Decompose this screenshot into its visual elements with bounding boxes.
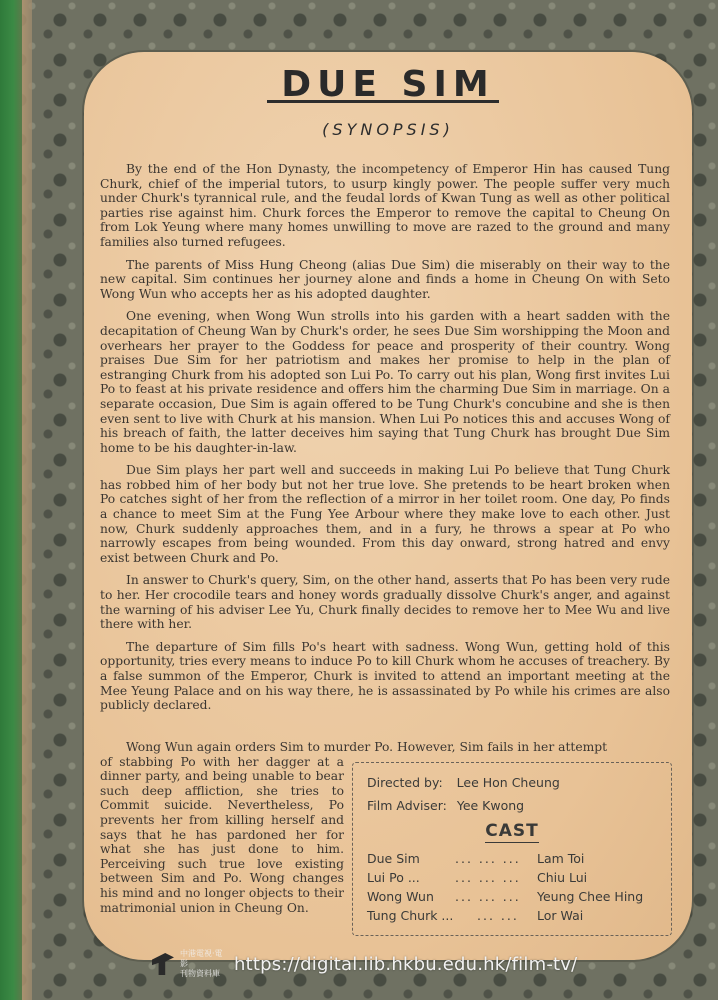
cast-role: Due Sim <box>367 851 420 866</box>
cast-heading: CAST <box>353 821 671 841</box>
synopsis-paragraph: By the end of the Hon Dynasty, the incom… <box>100 162 670 250</box>
film-adviser-label: Film Adviser: <box>367 798 447 813</box>
synopsis-body: By the end of the Hon Dynasty, the incom… <box>100 162 670 721</box>
cast-role: Lui Po ... <box>367 870 420 885</box>
cast-actor: Lam Toi <box>537 851 584 866</box>
credits-box: Directed by: Lee Hon Cheung Film Adviser… <box>352 762 672 936</box>
cast-leader-dots: ... ... ... <box>455 889 521 904</box>
director-name: Lee Hon Cheung <box>457 775 560 790</box>
director-label: Directed by: <box>367 775 443 790</box>
archive-url[interactable]: https://digital.lib.hkbu.edu.hk/film-tv/ <box>234 954 577 975</box>
cast-leader-dots: ... ... ... <box>455 870 521 885</box>
cast-row: Lui Po ... ... ... ... Chiu Lui <box>367 870 667 888</box>
spine-edge <box>22 0 32 1000</box>
film-adviser-line: Film Adviser: Yee Kwong <box>367 798 524 813</box>
page-subtitle: (SYNOPSIS) <box>84 120 692 139</box>
cast-leader-dots: ... ... <box>477 908 519 923</box>
synopsis-paragraph: The parents of Miss Hung Cheong (alias D… <box>100 258 670 302</box>
director-line: Directed by: Lee Hon Cheung <box>367 775 560 790</box>
synopsis-paragraph: In answer to Churk's query, Sim, on the … <box>100 573 670 631</box>
synopsis-paragraph: Due Sim plays her part well and succeeds… <box>100 463 670 565</box>
page-title: DUE SIM <box>84 64 692 105</box>
cast-actor: Chiu Lui <box>537 870 587 885</box>
cast-leader-dots: ... ... ... <box>455 851 521 866</box>
title-underline <box>267 100 499 103</box>
final-paragraph-rest: of stabbing Po with her dagger at a dinn… <box>100 755 344 916</box>
synopsis-page: DUE SIM (SYNOPSIS) By the end of the Hon… <box>84 52 692 960</box>
cast-row: Wong Wun ... ... ... Yeung Chee Hing <box>367 889 667 907</box>
archive-logo-icon <box>152 953 174 975</box>
synopsis-paragraph: The departure of Sim fills Po's heart wi… <box>100 640 670 713</box>
book-spine <box>0 0 22 1000</box>
archive-watermark: 中港電視·電影 刊物資料庫 https://digital.lib.hkbu.e… <box>152 950 577 978</box>
cast-row: Due Sim ... ... ... Lam Toi <box>367 851 667 869</box>
cast-actor: Yeung Chee Hing <box>537 889 643 904</box>
archive-org-name: 中港電視·電影 刊物資料庫 <box>180 949 228 979</box>
film-adviser-name: Yee Kwong <box>457 798 524 813</box>
synopsis-paragraph: One evening, when Wong Wun strolls into … <box>100 309 670 455</box>
cast-role: Wong Wun <box>367 889 434 904</box>
cast-row: Tung Churk ... ... ... Lor Wai <box>367 908 667 926</box>
cast-role: Tung Churk ... <box>367 908 453 923</box>
cast-actor: Lor Wai <box>537 908 583 923</box>
final-paragraph-first-line: Wong Wun again orders Sim to murder Po. … <box>100 740 670 755</box>
